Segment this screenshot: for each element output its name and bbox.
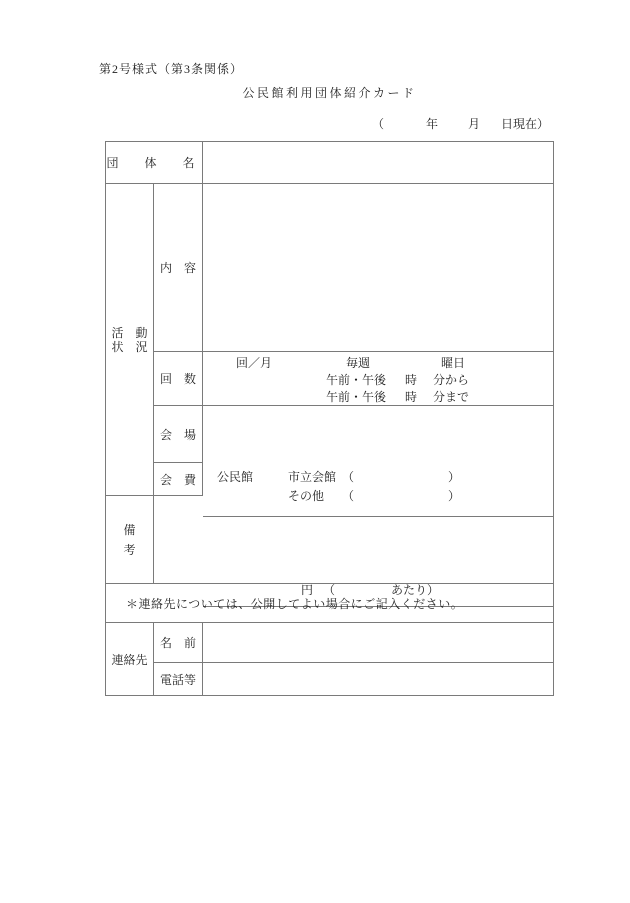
remarks-label-line2: 考 bbox=[123, 540, 135, 560]
date-day-label: 日現在） bbox=[501, 118, 549, 132]
frequency-hour-to: 時 bbox=[405, 391, 417, 403]
frequency-minute-to: 分まで bbox=[433, 391, 469, 403]
contact-disclosure-note: ＊連絡先については、公開してよい場合にご記入ください。 bbox=[106, 584, 553, 623]
contact-phone-label: 電話等 bbox=[154, 663, 203, 695]
date-year-label: 年 bbox=[426, 118, 438, 132]
venue-kominkan: 公民館 bbox=[217, 471, 253, 483]
frequency-hour-from: 時 bbox=[405, 374, 417, 386]
activity-status-label-line2: 状 況 bbox=[111, 340, 147, 354]
contact-label: 連絡先 bbox=[106, 623, 154, 695]
form-page: 第2号様式（第3条関係） 公民館利用団体紹介カード （ 年 月 日現在） 団 体… bbox=[0, 0, 630, 903]
content-label: 内 容 bbox=[154, 184, 203, 352]
form-table: 団 体 名 活 動 状 況 内 容 回 数 回／月 毎週 曜日 午前・午後 時 … bbox=[105, 141, 554, 696]
frequency-value-cell: 回／月 毎週 曜日 午前・午後 時 分から 午前・午後 時 分まで bbox=[203, 352, 553, 406]
contact-name-value-cell bbox=[203, 623, 553, 663]
date-month-label: 月 bbox=[468, 118, 480, 132]
date-open-paren: （ bbox=[372, 118, 384, 132]
content-value-cell bbox=[203, 184, 553, 352]
frequency-weekday: 曜日 bbox=[441, 357, 465, 369]
venue-city-hall: 市立会館 bbox=[288, 471, 336, 483]
venue-label: 会 場 bbox=[154, 406, 203, 463]
form-title: 公民館利用団体紹介カード bbox=[105, 87, 554, 101]
form-number: 第2号様式（第3条関係） bbox=[99, 63, 243, 77]
contact-name-label: 名 前 bbox=[154, 623, 203, 663]
frequency-ampm-to: 午前・午後 bbox=[326, 391, 386, 403]
frequency-per-month: 回／月 bbox=[236, 357, 272, 369]
frequency-minute-from: 分から bbox=[433, 374, 469, 386]
group-name-value-cell bbox=[203, 142, 553, 184]
contact-phone-value-cell bbox=[203, 663, 553, 695]
activity-status-label: 活 動 状 況 bbox=[106, 184, 154, 496]
remarks-label: 備 考 bbox=[106, 496, 154, 584]
remarks-value-cell bbox=[154, 496, 553, 584]
fee-label: 会 費 bbox=[154, 463, 203, 496]
venue-paren-close-1: ） bbox=[448, 471, 460, 483]
frequency-label: 回 数 bbox=[154, 352, 203, 406]
frequency-weekly: 毎週 bbox=[346, 357, 370, 369]
activity-status-label-line1: 活 動 bbox=[111, 326, 147, 340]
remarks-label-line1: 備 bbox=[123, 520, 135, 540]
date-line: （ 年 月 日現在） bbox=[0, 118, 630, 134]
group-name-label: 団 体 名 bbox=[106, 142, 203, 184]
frequency-ampm-from: 午前・午後 bbox=[326, 374, 386, 386]
venue-paren-open-1: （ bbox=[342, 471, 354, 483]
